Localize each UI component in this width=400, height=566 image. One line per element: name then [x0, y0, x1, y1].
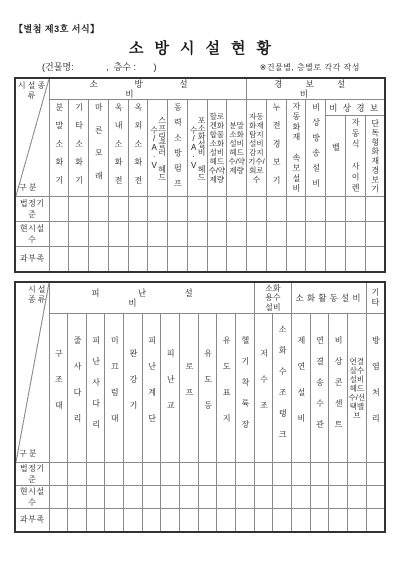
- value-cell: [89, 247, 109, 272]
- page-title: 소방시설현황: [0, 37, 400, 58]
- value-cell: [148, 247, 168, 272]
- value-cell: [266, 197, 286, 222]
- value-cell: [217, 509, 236, 532]
- column-header: 자동식 사이렌: [345, 116, 365, 197]
- data-row: 과부족: [15, 247, 385, 272]
- value-cell: [207, 222, 227, 247]
- column-header: 제연설비: [292, 314, 311, 463]
- value-cell: [329, 463, 348, 486]
- value-cell: [266, 247, 286, 272]
- value-cell: [108, 197, 128, 222]
- value-cell: [306, 222, 326, 247]
- section-header: 경보설비: [247, 78, 386, 100]
- value-cell: [128, 247, 148, 272]
- column-header: 구조대: [49, 314, 68, 463]
- data-row: 현시설수: [15, 222, 385, 247]
- value-cell: [187, 222, 207, 247]
- column-header: 분말소화기: [49, 100, 69, 197]
- value-cell: [69, 197, 89, 222]
- value-cell: [236, 486, 255, 509]
- value-cell: [49, 486, 68, 509]
- value-cell: [348, 463, 367, 486]
- value-cell: [217, 463, 236, 486]
- value-cell: [49, 222, 69, 247]
- row-label: 법정기준: [15, 463, 49, 486]
- column-header: 옥내소화전: [108, 100, 128, 197]
- column-header: 마른모래: [89, 100, 109, 197]
- value-cell: [247, 197, 267, 222]
- value-cell: [105, 463, 124, 486]
- fire-alarm-equipment-table: 시설종류구분소방설비경보설비분말소화기기타소화기마른모래옥내소화전옥외소화전스프…: [14, 77, 386, 273]
- column-header: 유도표지: [217, 314, 236, 463]
- evacuation-equipment-table: 시설종류구분피난설비소화용수설비소화활동설비기타구조대줄사다리피난사다리미끄럼대…: [14, 281, 386, 533]
- per-building-note: ※건물별, 층별로 각각 작성: [260, 62, 360, 73]
- column-header: 자동화재탐지설비 감지기수/회로수: [247, 100, 267, 197]
- column-header: 헬기착륙장: [236, 314, 255, 463]
- evacuation-equipment-table-mount: 시설종류구분피난설비소화용수설비소화활동설비기타구조대줄사다리피난사다리미끄럼대…: [0, 281, 400, 533]
- value-cell: [124, 486, 143, 509]
- column-header: 소화수조탱크: [273, 314, 292, 463]
- value-cell: [198, 486, 217, 509]
- value-cell: [168, 247, 188, 272]
- value-cell: [49, 509, 68, 532]
- section-header: 기타: [366, 282, 385, 314]
- value-cell: [68, 463, 87, 486]
- value-cell: [227, 222, 247, 247]
- value-cell: [86, 509, 105, 532]
- column-header: 벨: [326, 116, 346, 197]
- value-cell: [273, 509, 292, 532]
- value-cell: [292, 486, 311, 509]
- value-cell: [207, 247, 227, 272]
- row-label: 과부족: [15, 247, 49, 272]
- value-cell: [124, 463, 143, 486]
- value-cell: [86, 463, 105, 486]
- section-header: 소화용수설비: [254, 282, 291, 314]
- value-cell: [236, 509, 255, 532]
- section-header: 소화활동설비: [292, 282, 367, 314]
- value-cell: [326, 222, 346, 247]
- value-cell: [187, 197, 207, 222]
- value-cell: [236, 463, 255, 486]
- value-cell: [68, 486, 87, 509]
- value-cell: [273, 463, 292, 486]
- value-cell: [247, 222, 267, 247]
- value-cell: [286, 197, 306, 222]
- column-header: 미끄럼대: [105, 314, 124, 463]
- value-cell: [348, 486, 367, 509]
- corner-top-label: 시설종류: [21, 285, 48, 305]
- value-cell: [187, 247, 207, 272]
- value-cell: [329, 509, 348, 532]
- row-label: 법정기준: [15, 197, 49, 222]
- value-cell: [142, 486, 161, 509]
- column-header: 비상방송설비: [306, 100, 326, 197]
- value-cell: [365, 222, 385, 247]
- value-cell: [89, 197, 109, 222]
- value-cell: [142, 509, 161, 532]
- value-cell: [161, 509, 180, 532]
- row-label: 현시설수: [15, 486, 49, 509]
- value-cell: [254, 509, 273, 532]
- page: 【별첨 제3호 서식】 소방시설현황 (건물명: , 층수 : ) ※건물별, …: [0, 22, 400, 533]
- corner-cell: 시설종류구분: [15, 282, 49, 463]
- column-header: 옥외소화전: [128, 100, 148, 197]
- value-cell: [180, 486, 199, 509]
- column-header: 피난교: [161, 314, 180, 463]
- column-header: 방염처리: [366, 314, 385, 463]
- value-cell: [266, 222, 286, 247]
- column-header: 동력소방펌프: [168, 100, 188, 197]
- column-header: 스프링클러 헤드수/A·V: [148, 100, 168, 197]
- column-header: 저수조: [254, 314, 273, 463]
- section-header: 소방설비: [49, 78, 247, 100]
- row-label: 현시설수: [15, 222, 49, 247]
- value-cell: [161, 486, 180, 509]
- value-cell: [306, 247, 326, 272]
- value-cell: [128, 197, 148, 222]
- value-cell: [366, 509, 385, 532]
- section-header: 피난설비: [49, 282, 254, 314]
- value-cell: [49, 247, 69, 272]
- value-cell: [49, 197, 69, 222]
- value-cell: [68, 509, 87, 532]
- value-cell: [286, 222, 306, 247]
- value-cell: [247, 247, 267, 272]
- value-cell: [345, 197, 365, 222]
- value-cell: [348, 509, 367, 532]
- value-cell: [326, 197, 346, 222]
- value-cell: [292, 509, 311, 532]
- value-cell: [161, 463, 180, 486]
- data-row: 현시설수: [15, 486, 385, 509]
- value-cell: [148, 222, 168, 247]
- value-cell: [69, 222, 89, 247]
- subgroup-header: 비상경보: [326, 100, 386, 116]
- corner-bottom-label: 구분: [19, 182, 38, 193]
- value-cell: [254, 463, 273, 486]
- value-cell: [366, 486, 385, 509]
- value-cell: [86, 486, 105, 509]
- fire-alarm-equipment-table-mount: 시설종류구분소방설비경보설비분말소화기기타소화기마른모래옥내소화전옥외소화전스프…: [0, 77, 400, 273]
- value-cell: [365, 247, 385, 272]
- value-cell: [148, 197, 168, 222]
- column-header: 줄사다리: [68, 314, 87, 463]
- value-cell: [310, 463, 329, 486]
- value-cell: [345, 247, 365, 272]
- column-header: 누전경보기: [266, 100, 286, 197]
- column-header: 연결살수설비헤드수/선택밸브: [348, 314, 367, 463]
- value-cell: [198, 463, 217, 486]
- value-cell: [128, 222, 148, 247]
- column-header: 포소화설비 헤드수/A·V: [187, 100, 207, 197]
- value-cell: [124, 509, 143, 532]
- column-header: 자동화재 속보설비: [286, 100, 306, 197]
- column-header: 기타소화기: [69, 100, 89, 197]
- value-cell: [310, 486, 329, 509]
- value-cell: [108, 222, 128, 247]
- value-cell: [227, 197, 247, 222]
- column-header: 완강기: [124, 314, 143, 463]
- value-cell: [180, 463, 199, 486]
- value-cell: [306, 197, 326, 222]
- value-cell: [89, 222, 109, 247]
- value-cell: [286, 247, 306, 272]
- value-cell: [180, 509, 199, 532]
- value-cell: [366, 463, 385, 486]
- subtitle-row: (건물명: , 층수 : ) ※건물별, 층별로 각각 작성: [42, 60, 360, 73]
- value-cell: [273, 486, 292, 509]
- column-header: 단독형화재경보기: [365, 116, 385, 197]
- value-cell: [105, 486, 124, 509]
- row-label: 과부족: [15, 509, 49, 532]
- value-cell: [108, 247, 128, 272]
- corner-cell: 시설종류구분: [15, 78, 49, 197]
- value-cell: [69, 247, 89, 272]
- value-cell: [207, 197, 227, 222]
- value-cell: [217, 486, 236, 509]
- value-cell: [105, 509, 124, 532]
- value-cell: [142, 463, 161, 486]
- value-cell: [198, 509, 217, 532]
- data-row: 법정기준: [15, 463, 385, 486]
- column-header: 비상콘센트: [329, 314, 348, 463]
- column-header: 피난사다리: [86, 314, 105, 463]
- building-info-line: (건물명: , 층수 : ): [42, 60, 156, 73]
- data-row: 과부족: [15, 509, 385, 532]
- value-cell: [365, 197, 385, 222]
- value-cell: [254, 486, 273, 509]
- corner-top-label: 시설종류: [17, 81, 48, 101]
- value-cell: [168, 197, 188, 222]
- column-header: 연결송수관: [310, 314, 329, 463]
- value-cell: [292, 463, 311, 486]
- data-row: 법정기준: [15, 197, 385, 222]
- value-cell: [326, 247, 346, 272]
- corner-bottom-label: 구분: [19, 448, 38, 459]
- value-cell: [345, 222, 365, 247]
- value-cell: [310, 509, 329, 532]
- column-header: 할로겐화합물소화설비 헤드수/약제량: [207, 100, 227, 197]
- column-header: 유도등: [198, 314, 217, 463]
- value-cell: [329, 486, 348, 509]
- column-header: 로프: [180, 314, 199, 463]
- form-tag: 【별첨 제3호 서식】: [14, 22, 400, 35]
- value-cell: [227, 247, 247, 272]
- value-cell: [168, 222, 188, 247]
- column-header: 분말소화설비 헤드수/약제량: [227, 100, 247, 197]
- value-cell: [49, 463, 68, 486]
- column-header: 피난계단: [142, 314, 161, 463]
